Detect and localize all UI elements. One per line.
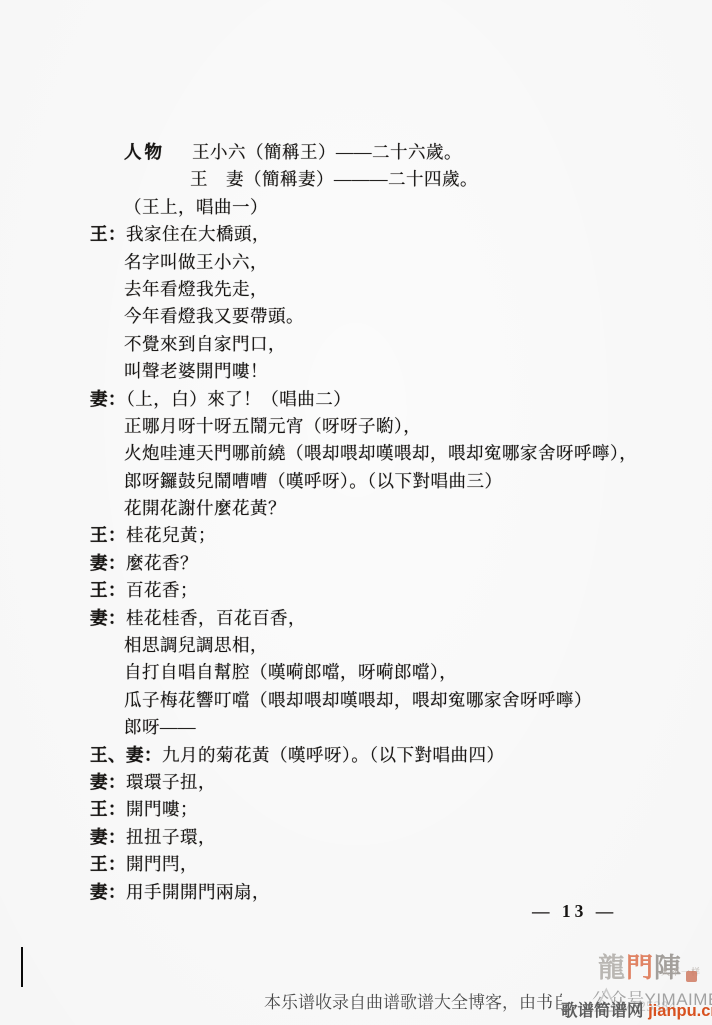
line-text: 不覺來到自家門口， <box>124 334 286 354</box>
line-text: 桂花兒黃； <box>126 525 216 545</box>
line-text: 郎呀—— <box>124 717 196 737</box>
dialogue-line: 妻：環環子扭， <box>124 769 684 796</box>
cast-member: 王小六（簡稱王）——二十六歲。 <box>192 142 462 162</box>
site-name: 歌谱简谱网 <box>561 1002 644 1020</box>
line-text: 麼花香？ <box>126 553 198 573</box>
speaker-label: 妻： <box>90 553 126 573</box>
line-text: 火炮哇連天門哪前繞（喂却喂却嘆喂却，喂却寃哪家舍呀呼嚀）， <box>124 443 637 463</box>
dialogue-line: 王：我家住在大橋頭， <box>124 221 684 248</box>
lyric-line: 不覺來到自家門口， <box>124 331 684 358</box>
line-text: 百花香； <box>126 580 198 600</box>
line-text: 花開花謝什麼花黃？ <box>124 498 286 518</box>
stage-direction: （王上，唱曲一） <box>124 194 684 221</box>
line-text: 名字叫做王小六， <box>124 252 268 272</box>
line-text: 去年看燈我先走， <box>124 279 268 299</box>
line-text: （上，白）來了！（唱曲二） <box>126 389 351 409</box>
dialogue-line: 妻：（上，白）來了！（唱曲二） <box>124 386 684 413</box>
lyric-line: 自打自唱自幫腔（嘆嗬郎噹，呀嗬郎噹）， <box>124 659 684 686</box>
line-text: 正哪月呀十呀五鬧元宵（呀呀子喲）， <box>124 416 421 436</box>
footer-source-text: 本乐谱收录自曲谱歌谱大全博客，由书 <box>264 993 553 1012</box>
cast-line: 人物王小六（簡稱王）——二十六歲。 <box>124 139 684 166</box>
line-text: 扭扭子環， <box>126 827 216 847</box>
line-text: 用手開開門兩扇， <box>126 882 270 902</box>
line-text: 自打自唱自幫腔（嘆嗬郎噹，呀嗬郎噹）， <box>124 662 457 682</box>
lyric-line: 正哪月呀十呀五鬧元宵（呀呀子喲）， <box>124 413 684 440</box>
line-text: 相思調兒調思相， <box>124 635 268 655</box>
red-seal-mark <box>686 971 697 982</box>
line-text: 桂花桂香，百花百香， <box>126 608 306 628</box>
scan-binding-artifact <box>21 947 23 987</box>
speaker-label: 王： <box>90 580 126 600</box>
dialogue-line: 王：開門嘍； <box>124 796 684 823</box>
cast-heading: 人物 <box>124 142 165 162</box>
line-text: 環環子扭， <box>126 772 216 792</box>
lyric-line: 相思調兒調思相， <box>124 632 684 659</box>
lyric-line: 名字叫做王小六， <box>124 249 684 276</box>
lyric-line: 今年看燈我又要帶頭。 <box>124 303 684 330</box>
speaker-label: 王： <box>90 525 126 545</box>
lyric-line: 郎呀—— <box>124 714 684 741</box>
dialogue-line: 王：百花香； <box>124 577 684 604</box>
lyric-line: 郎呀鑼鼓兒鬧嘈嘈（嘆呼呀）。（以下對唱曲三） <box>124 468 684 495</box>
lyric-line: 去年看燈我先走， <box>124 276 684 303</box>
speaker-label: 王： <box>90 799 126 819</box>
longmen-char: 門 <box>626 953 654 983</box>
line-text: 開門閂， <box>126 854 198 874</box>
page-number: — 13 — <box>532 901 617 922</box>
lyric-line: 瓜子梅花響叮噹（喂却喂却嘆喂却，喂却寃哪家舍呀呼嚀） <box>124 687 684 714</box>
line-text: 叫聲老婆開門嘍！ <box>124 361 268 381</box>
lyric-line: 叫聲老婆開門嘍！ <box>124 358 684 385</box>
line-text: 今年看燈我又要帶頭。 <box>124 306 304 326</box>
line-text: 九月的菊花黃（嘆呼呀）。（以下對唱曲四） <box>162 745 505 765</box>
speaker-label: 王、妻： <box>90 745 162 765</box>
lyric-line: 花開花謝什麼花黃？ <box>124 495 684 522</box>
script-body: 人物王小六（簡稱王）——二十六歲。 王 妻（簡稱妻）———二十四歲。 （王上，唱… <box>124 139 684 906</box>
line-text: （王上，唱曲一） <box>124 197 268 217</box>
speaker-label: 妻： <box>90 882 126 902</box>
line-text: 瓜子梅花響叮噹（喂却喂却嘆喂却，喂却寃哪家舍呀呼嚀） <box>124 690 592 710</box>
speaker-label: 王： <box>90 854 126 874</box>
speaker-label: 妻： <box>90 772 126 792</box>
line-text: 我家住在大橋頭， <box>126 224 270 244</box>
site-domain-link: jianpu.cn <box>648 1002 712 1020</box>
dialogue-line: 妻：扭扭子環， <box>124 824 684 851</box>
site-watermark: 歌谱简谱网 jianpu.cn.NET <box>561 997 712 1021</box>
lyric-line: 火炮哇連天門哪前繞（喂却喂却嘆喂却，喂却寃哪家舍呀呼嚀）， <box>124 440 684 467</box>
dialogue-line: 王：桂花兒黃； <box>124 522 684 549</box>
cast-line: 王 妻（簡稱妻）———二十四歲。 <box>124 166 684 193</box>
speaker-label: 妻： <box>90 389 126 409</box>
dialogue-line: 王：開門閂， <box>124 851 684 878</box>
scanned-score-page: { "document": { "cast": { "heading": "人物… <box>0 0 712 1025</box>
speaker-label: 妻： <box>90 608 126 628</box>
dialogue-line: 妻：麼花香？ <box>124 550 684 577</box>
cast-member: 王 妻（簡稱妻）———二十四歲。 <box>190 169 478 189</box>
line-text: 郎呀鑼鼓兒鬧嘈嘈（嘆呼呀）。（以下對唱曲三） <box>124 471 503 491</box>
dialogue-line: 妻：桂花桂香，百花百香， <box>124 605 684 632</box>
dialogue-line: 王、妻：九月的菊花黃（嘆呼呀）。（以下對唱曲四） <box>124 742 684 769</box>
footer-source-note: 本乐谱收录自曲谱歌谱大全博客，由书自 <box>264 988 562 1013</box>
line-text: 開門嘍； <box>126 799 198 819</box>
speaker-label: 王： <box>90 224 126 244</box>
speaker-label: 妻： <box>90 827 126 847</box>
